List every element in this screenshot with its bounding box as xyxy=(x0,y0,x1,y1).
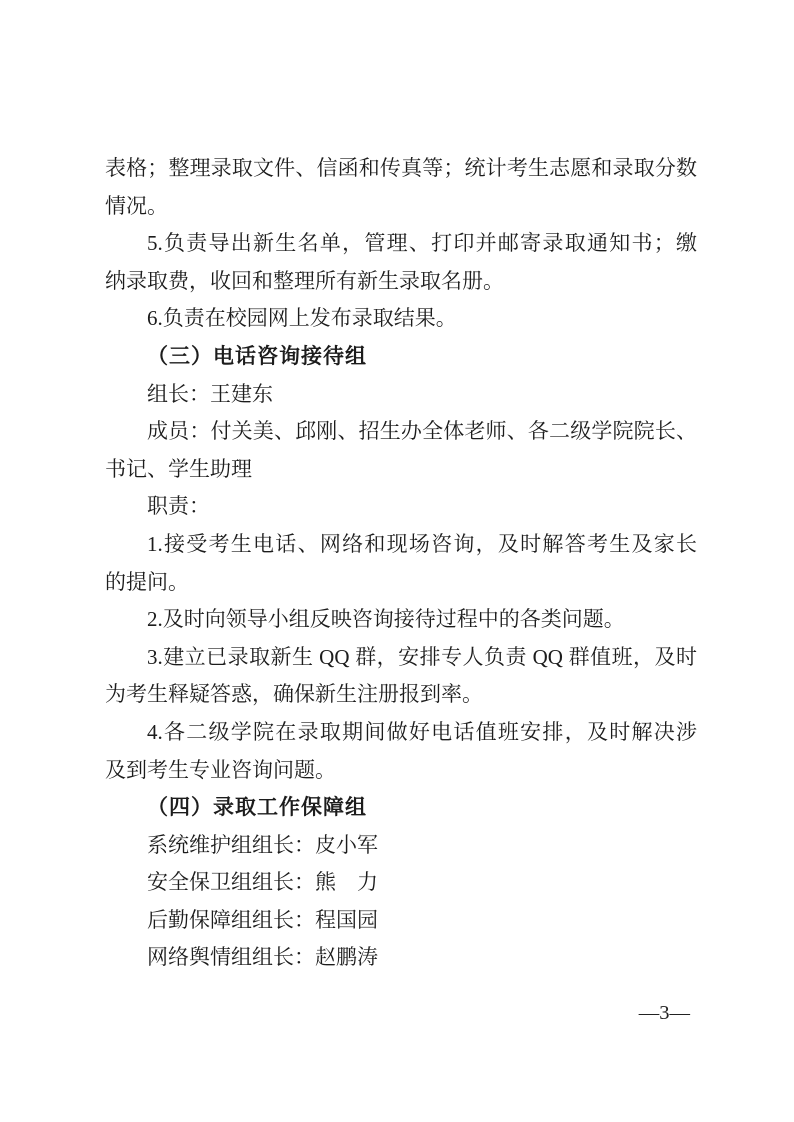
text-line: 2.及时向领导小组反映咨询接待过程中的各类问题。 xyxy=(105,601,697,639)
para-duty-item-1: 1.接受考生电话、网络和现场咨询，及时解答考生及家长的提问。 xyxy=(105,526,697,601)
text-line: 1.接受考生电话、网络和现场咨询，及时解答考生及家长 xyxy=(105,526,697,564)
para-duty-6: 6.负责在校园网上发布录取结果。 xyxy=(105,300,697,338)
text-line: 6.负责在校园网上发布录取结果。 xyxy=(105,300,697,338)
para-group-leader: 组长：王建东 xyxy=(105,376,697,414)
para-security-leader: 安全保卫组组长：熊 力 xyxy=(105,864,697,902)
heading-group-4: （四）录取工作保障组 xyxy=(105,789,697,827)
text-line: 网络舆情组组长：赵鹏涛 xyxy=(105,939,697,977)
text-line: （三）电话咨询接待组 xyxy=(105,338,697,376)
text-line: 为考生释疑答惑，确保新生注册报到率。 xyxy=(105,676,697,714)
text-line: 的提问。 xyxy=(105,564,697,602)
para-duty-5: 5.负责导出新生名单，管理、打印并邮寄录取通知书；缴纳录取费，收回和整理所有新生… xyxy=(105,225,697,300)
para-continuation-duty: 表格；整理录取文件、信函和传真等；统计考生志愿和录取分数情况。 xyxy=(105,150,697,225)
text-line: 组长：王建东 xyxy=(105,376,697,414)
text-line: 后勤保障组组长：程国园 xyxy=(105,902,697,940)
page-number: —3— xyxy=(639,1001,690,1025)
text-line: 3.建立已录取新生 QQ 群，安排专人负责 QQ 群值班，及时 xyxy=(105,639,697,677)
para-duty-item-3: 3.建立已录取新生 QQ 群，安排专人负责 QQ 群值班，及时为考生释疑答惑，确… xyxy=(105,639,697,714)
para-duty-item-2: 2.及时向领导小组反映咨询接待过程中的各类问题。 xyxy=(105,601,697,639)
text-line: 书记、学生助理 xyxy=(105,451,697,489)
text-line: 成员：付关美、邱刚、招生办全体老师、各二级学院院长、 xyxy=(105,413,697,451)
para-logistics-leader: 后勤保障组组长：程国园 xyxy=(105,902,697,940)
document-body: 表格；整理录取文件、信函和传真等；统计考生志愿和录取分数情况。5.负责导出新生名… xyxy=(105,150,697,977)
text-line: 安全保卫组组长：熊 力 xyxy=(105,864,697,902)
text-line: 4.各二级学院在录取期间做好电话值班安排，及时解决涉 xyxy=(105,714,697,752)
text-line: 及到考生专业咨询问题。 xyxy=(105,752,697,790)
para-duties-label: 职责： xyxy=(105,488,697,526)
text-line: 系统维护组组长：皮小军 xyxy=(105,827,697,865)
text-line: 情况。 xyxy=(105,188,697,226)
para-system-maintenance-leader: 系统维护组组长：皮小军 xyxy=(105,827,697,865)
heading-group-3: （三）电话咨询接待组 xyxy=(105,338,697,376)
para-duty-item-4: 4.各二级学院在录取期间做好电话值班安排，及时解决涉及到考生专业咨询问题。 xyxy=(105,714,697,789)
text-line: 5.负责导出新生名单，管理、打印并邮寄录取通知书；缴 xyxy=(105,225,697,263)
document-page: 表格；整理录取文件、信函和传真等；统计考生志愿和录取分数情况。5.负责导出新生名… xyxy=(0,0,794,1122)
para-group-members: 成员：付关美、邱刚、招生办全体老师、各二级学院院长、书记、学生助理 xyxy=(105,413,697,488)
para-network-opinion-leader: 网络舆情组组长：赵鹏涛 xyxy=(105,939,697,977)
text-line: 纳录取费，收回和整理所有新生录取名册。 xyxy=(105,263,697,301)
text-line: （四）录取工作保障组 xyxy=(105,789,697,827)
text-line: 表格；整理录取文件、信函和传真等；统计考生志愿和录取分数 xyxy=(105,150,697,188)
text-line: 职责： xyxy=(105,488,697,526)
